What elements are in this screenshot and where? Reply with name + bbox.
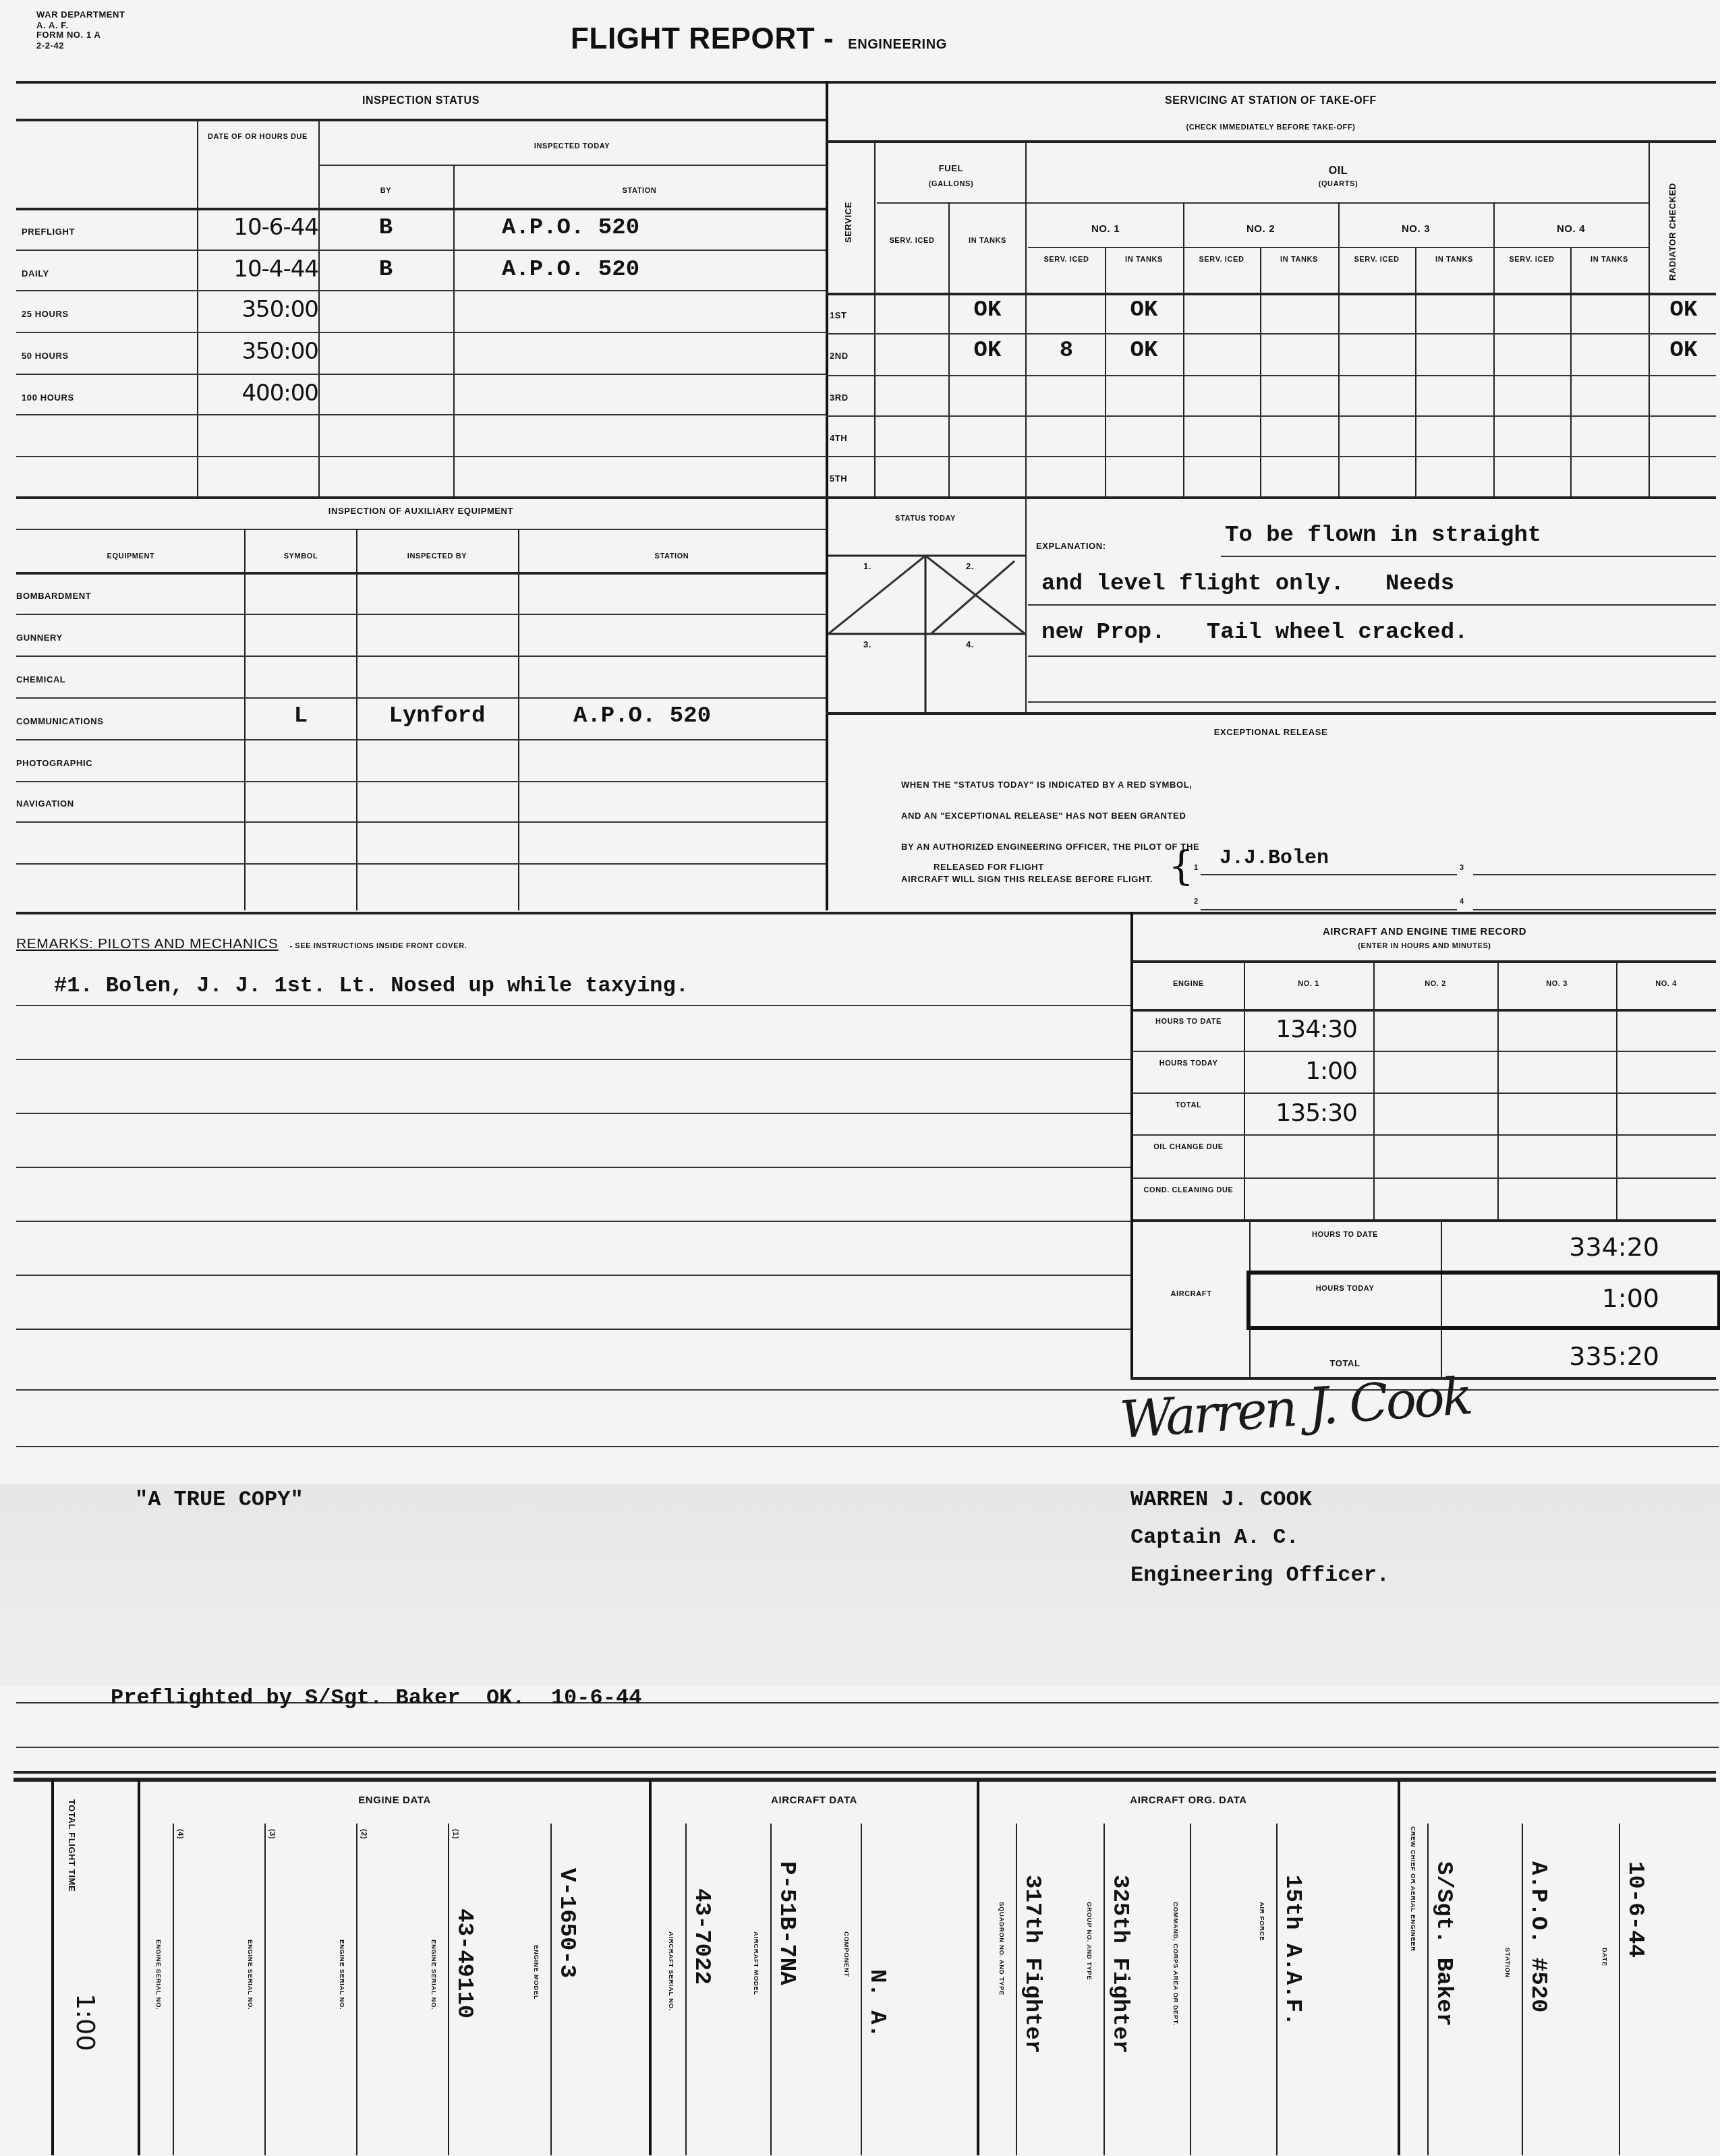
col-station: STATION (453, 187, 826, 196)
engine-field-value[interactable]: 43-49110 (451, 1909, 476, 2018)
remarks-title: REMARKS: PILOTS AND MECHANICS (16, 936, 278, 952)
equipment-symbol[interactable]: L (246, 704, 356, 730)
form-id-line: A. A. F. (36, 21, 125, 31)
row-divider (1133, 1051, 1716, 1052)
servicing-title: SERVICING AT STATION OF TAKE-OFF (826, 94, 1716, 107)
status-today-label: STATUS TODAY (828, 515, 1023, 525)
engine-field-label: ENGINE MODEL (532, 1945, 538, 2000)
engine-column-header: NO. 1 (1244, 981, 1373, 989)
aux-equipment-title: INSPECTION OF AUXILIARY EQUIPMENT (16, 507, 826, 517)
field-rule (1427, 1824, 1429, 2155)
aircraft-hours-to-date[interactable]: 334:20 (1443, 1233, 1659, 1262)
explanation-line-3: new Prop. Tail wheel cracked. (1041, 620, 1468, 646)
fuel-unit: (GALLONS) (877, 181, 1025, 189)
engine-field-label: ENGINE SERIAL NO. (246, 1940, 252, 2010)
total-flight-time[interactable]: 1:00 (70, 1993, 100, 2051)
field-rule (685, 1824, 687, 2155)
inspection-due-value[interactable]: 10-4-44 (192, 256, 318, 283)
engine-field-label: ENGINE SERIAL NO. (154, 1940, 161, 2010)
aircraft-hours-to-date-label: HOURS TO DATE (1249, 1231, 1441, 1241)
explanation-line-2: and level flight only. Needs (1041, 572, 1454, 598)
row-divider (16, 863, 826, 865)
aircraft-data-title: AIRCRAFT DATA (652, 1794, 977, 1806)
servicing-cell-radiator[interactable]: OK (1651, 339, 1716, 364)
inspection-due-value[interactable]: 10-6-44 (192, 214, 318, 241)
org-field-label: GROUP NO. AND TYPE (1085, 1902, 1091, 1980)
status-quadrant-3: 3. (863, 641, 871, 650)
equipment-label: BOMBARDMENT (16, 592, 91, 602)
inspection-row-label: 25 HOURS (22, 310, 69, 320)
ruled-line (16, 1059, 1130, 1060)
row-divider (1133, 1134, 1716, 1136)
row-divider (826, 415, 1716, 417)
inspection-by-value[interactable]: B (318, 216, 453, 241)
sig-num-2: 2 (1194, 898, 1199, 906)
inspection-row-label: PREFLIGHT (22, 228, 75, 237)
inspection-station-value[interactable]: A.P.O. 520 (502, 258, 639, 283)
equipment-label: COMMUNICATIONS (16, 718, 104, 727)
org-field-label: COMMAND, CORPS AREA OR DEPT. (1171, 1902, 1178, 2025)
inspection-due-value[interactable]: 400:00 (192, 380, 318, 407)
oil-serviced-label: SERV. ICED (1493, 256, 1570, 266)
oil-serviced-label: SERV. ICED (1183, 256, 1260, 266)
exceptional-release-title: EXCEPTIONAL RELEASE (826, 728, 1716, 738)
ruled-line (16, 1275, 1130, 1276)
aircraft-field-label: AIRCRAFT MODEL (751, 1931, 758, 1995)
remarks-instruction: - SEE INSTRUCTIONS INSIDE FRONT COVER. (289, 943, 467, 951)
form-id-line: 2-2-42 (36, 41, 125, 51)
sig-num-1: 1 (1194, 865, 1199, 873)
ruled-line (16, 1113, 1130, 1114)
field-rule (1522, 1824, 1523, 2155)
row-divider (16, 290, 826, 291)
form-id-block: WAR DEPARTMENT A. A. F. FORM NO. 1 A 2-2… (36, 11, 125, 51)
servicing-cell-oil1-serv[interactable]: 8 (1028, 339, 1105, 364)
row-divider (16, 456, 826, 457)
field-rule (264, 1824, 266, 2155)
row-divider (826, 375, 1716, 376)
col-symbol: SYMBOL (246, 553, 356, 561)
org-field-label: SQUADRON NO. AND TYPE (997, 1902, 1004, 1995)
engine-position-number: (3) (267, 1829, 275, 1839)
engine-column-header: NO. 2 (1373, 981, 1497, 989)
oil-label: OIL (1028, 165, 1649, 177)
aircraft-field-label: AIRCRAFT SERIAL NO. (666, 1931, 673, 2011)
release-text-line: AND AN "EXCEPTIONAL RELEASE" HAS NOT BEE… (901, 812, 1199, 823)
service-row-label: 4TH (830, 434, 847, 444)
engine-field-label: ENGINE SERIAL NO. (337, 1940, 344, 2010)
oil-serviced-label: SERV. ICED (1028, 256, 1105, 266)
servicing-subtitle: (CHECK IMMEDIATELY BEFORE TAKE-OFF) (826, 124, 1716, 132)
org-data-title: AIRCRAFT ORG. DATA (979, 1794, 1398, 1806)
ruled-line (16, 1167, 1130, 1168)
ruled-line (16, 1747, 1719, 1748)
row-divider (16, 414, 826, 415)
col-aux-station: STATION (518, 553, 826, 561)
status-quadrant-2: 2. (966, 562, 974, 572)
field-rule (1016, 1824, 1017, 2155)
row-divider (16, 614, 826, 615)
radiator-checked-label: RADIATOR CHECKED (1667, 159, 1680, 281)
row-divider (826, 333, 1716, 334)
servicing-cell-oil1-tanks[interactable]: OK (1105, 339, 1183, 364)
row-divider (16, 655, 826, 657)
form-id-line: FORM NO. 1 A (36, 31, 125, 41)
engine-position-number: (1) (451, 1829, 459, 1839)
status-today-grid (826, 553, 1028, 712)
org-field-label: AIR FORCE (1257, 1902, 1264, 1941)
ruled-line (16, 1005, 1130, 1006)
oil-engine-header: NO. 2 (1183, 223, 1338, 235)
sig-num-4: 4 (1460, 898, 1464, 906)
row-divider (16, 739, 826, 740)
divider (16, 81, 1716, 84)
engine-position-number: (4) (175, 1829, 183, 1839)
equipment-label: PHOTOGRAPHIC (16, 759, 92, 769)
service-row-label: 5TH (830, 475, 847, 484)
equipment-label: GUNNERY (16, 634, 63, 643)
service-label: SERVICE (844, 162, 854, 243)
time-row-label: HOURS TO DATE (1133, 1018, 1244, 1028)
servicing-cell-fuel-tanks[interactable]: OK (950, 339, 1025, 364)
service-row-label: 1ST (830, 312, 847, 321)
crew-field-value[interactable]: A.P.O. #520 (1524, 1861, 1550, 2012)
engine-position-number: (2) (359, 1829, 367, 1839)
time-row-label: TOTAL (1133, 1102, 1244, 1111)
remarks-header: REMARKS: PILOTS AND MECHANICS - SEE INST… (16, 931, 467, 955)
field-rule (770, 1824, 772, 2155)
field-rule (448, 1824, 449, 2155)
release-text-line: WHEN THE "STATUS TODAY" IS INDICATED BY … (901, 780, 1199, 791)
time-record-subtitle: (ENTER IN HOURS AND MINUTES) (1133, 943, 1716, 951)
aircraft-field-value[interactable]: N. A. (863, 1969, 889, 2038)
signer-title: Engineering Officer. (1130, 1563, 1389, 1587)
engine-time-value[interactable]: 134:30 (1244, 1016, 1357, 1044)
crew-field-label: DATE (1600, 1948, 1607, 1966)
service-row-label: 2ND (830, 352, 849, 361)
release-text-line: AIRCRAFT WILL SIGN THIS RELEASE BEFORE F… (901, 875, 1199, 886)
oil-engine-header: NO. 3 (1338, 223, 1493, 235)
field-rule (1103, 1824, 1105, 2155)
aircraft-total-label: TOTAL (1249, 1360, 1441, 1369)
servicing-cell-fuel-tanks[interactable]: OK (950, 298, 1025, 324)
field-rule (1619, 1824, 1620, 2155)
equipment-label: CHEMICAL (16, 676, 65, 685)
brace-icon: { (1168, 847, 1194, 887)
oil-unit: (QUARTS) (1028, 181, 1649, 189)
signer-rank: Captain A. C. (1130, 1525, 1299, 1550)
col-equipment: EQUIPMENT (16, 553, 246, 561)
col-date-due: DATE OF OR HOURS DUE (200, 134, 316, 143)
total-flight-time-label: TOTAL FLIGHT TIME (65, 1799, 76, 1894)
row-divider (16, 821, 826, 823)
fuel-in-tanks-label: IN TANKS (950, 237, 1025, 247)
service-row-label: 3RD (830, 394, 849, 403)
row-divider (1133, 1177, 1716, 1179)
crew-field-value[interactable]: 10-6-44 (1622, 1861, 1647, 1958)
col-divider (1260, 247, 1261, 498)
inspection-row-label: 100 HOURS (22, 394, 74, 403)
inspection-status-title: INSPECTION STATUS (16, 94, 826, 107)
explanation-line-1: To be flown in straight (1225, 523, 1541, 549)
released-for-flight-label: RELEASED FOR FLIGHT (901, 863, 1077, 874)
signer-name: WARREN J. COOK (1130, 1488, 1312, 1512)
row-divider (16, 697, 826, 699)
aircraft-hours-today[interactable]: 1:00 (1443, 1284, 1659, 1314)
oil-engine-header: NO. 4 (1493, 223, 1649, 235)
field-rule (173, 1824, 174, 2155)
inspection-due-value[interactable]: 350:00 (192, 297, 318, 324)
engine-col-label: ENGINE (1133, 981, 1244, 989)
release-signature-1[interactable]: J.J.Bolen (1220, 847, 1329, 870)
release-text-line: BY AN AUTHORIZED ENGINEERING OFFICER, TH… (901, 844, 1199, 854)
ruled-line (16, 1329, 1130, 1330)
remark-line-1[interactable]: #1. Bolen, J. J. 1st. Lt. Nosed up while… (54, 974, 689, 998)
col-by: BY (318, 187, 453, 196)
ruled-line (16, 1446, 1719, 1447)
crew-field-label: CREW CHIEF OR AERIAL ENGINEER (1408, 1826, 1415, 1952)
col-divider (1415, 247, 1416, 498)
engine-time-value[interactable]: 135:30 (1244, 1099, 1357, 1128)
equipment-label: NAVIGATION (16, 800, 74, 809)
sig-num-3: 3 (1460, 865, 1464, 873)
field-rule (356, 1824, 357, 2155)
explanation-label: EXPLANATION: (1036, 542, 1106, 552)
engine-field-label: ENGINE SERIAL NO. (429, 1940, 436, 2010)
aircraft-field-label: COMPONENT (842, 1931, 849, 1977)
form-id-line: WAR DEPARTMENT (36, 11, 125, 21)
page-title: FLIGHT REPORT - (571, 22, 834, 55)
field-rule (1276, 1824, 1278, 2155)
inspection-by-value[interactable]: B (318, 258, 453, 283)
time-row-label: OIL CHANGE DUE (1133, 1144, 1244, 1153)
page-title-block: FLIGHT REPORT - ENGINEERING (571, 22, 947, 57)
field-rule (550, 1824, 552, 2155)
servicing-cell-oil1-tanks[interactable]: OK (1105, 298, 1183, 324)
crew-field-value[interactable]: S/Sgt. Baker (1430, 1861, 1456, 2027)
engine-column-header: NO. 4 (1616, 981, 1716, 989)
engine-column-header: NO. 3 (1497, 981, 1616, 989)
time-row-label: COND. CLEANING DUE (1133, 1187, 1244, 1196)
servicing-cell-radiator[interactable]: OK (1651, 298, 1716, 324)
oil-in-tanks-label: IN TANKS (1570, 256, 1649, 266)
status-quadrant-1: 1. (863, 562, 871, 572)
fuel-serviced-label: SERV. ICED (877, 237, 947, 247)
org-field-value[interactable]: 325th Fighter (1106, 1875, 1132, 2053)
oil-serviced-label: SERV. ICED (1338, 256, 1415, 266)
aircraft-label: AIRCRAFT (1133, 1291, 1249, 1299)
oil-in-tanks-label: IN TANKS (1260, 256, 1338, 266)
row-divider (16, 374, 826, 375)
field-rule (861, 1824, 862, 2155)
oil-engine-header: NO. 1 (1028, 223, 1183, 235)
time-row-label: HOURS TODAY (1133, 1060, 1244, 1070)
aircraft-field-value[interactable]: 43-7022 (688, 1888, 714, 1985)
aircraft-total[interactable]: 335:20 (1443, 1342, 1659, 1372)
field-rule (1190, 1824, 1191, 2155)
preflight-note[interactable]: Preflighted by S/Sgt. Baker OK. 10-6-44 (111, 1686, 641, 1710)
col-divider (1105, 247, 1106, 498)
time-record-title: AIRCRAFT AND ENGINE TIME RECORD (1133, 925, 1716, 937)
col-inspected-today: INSPECTED TODAY (318, 143, 826, 151)
inspection-due-value[interactable]: 350:00 (192, 339, 318, 366)
equipment-inspected-by[interactable]: Lynford (356, 704, 518, 730)
org-field-value[interactable]: 15th A.A.F. (1279, 1875, 1305, 2026)
inspection-row-label: DAILY (22, 270, 49, 279)
inspection-row-label: 50 HOURS (22, 352, 69, 361)
fuel-label: FUEL (877, 165, 1025, 174)
oil-in-tanks-label: IN TANKS (1105, 256, 1183, 266)
org-field-value[interactable]: 317th Fighter (1019, 1875, 1044, 2053)
page-subtitle: ENGINEERING (848, 38, 947, 53)
row-divider (1133, 1092, 1716, 1094)
col-divider (1570, 247, 1572, 498)
engine-data-title: ENGINE DATA (140, 1794, 649, 1806)
inspection-station-value[interactable]: A.P.O. 520 (502, 216, 639, 241)
engine-field-value[interactable]: V-1650-3 (553, 1868, 579, 1978)
scan-shading (0, 1484, 1720, 1686)
oil-in-tanks-label: IN TANKS (1415, 256, 1493, 266)
row-divider (16, 781, 826, 782)
aircraft-field-value[interactable]: P-51B-7NA (773, 1861, 799, 1985)
equipment-station[interactable]: A.P.O. 520 (573, 704, 711, 730)
row-divider (826, 456, 1716, 457)
exceptional-release-text: WHEN THE "STATUS TODAY" IS INDICATED BY … (901, 759, 1199, 906)
engine-time-value[interactable]: 1:00 (1244, 1057, 1357, 1086)
flight-report-form: WAR DEPARTMENT A. A. F. FORM NO. 1 A 2-2… (0, 0, 1720, 2156)
true-copy-label: "A TRUE COPY" (135, 1488, 304, 1512)
crew-field-label: STATION (1503, 1948, 1510, 1978)
ruled-line (16, 1221, 1130, 1222)
row-divider (16, 332, 826, 333)
status-quadrant-4: 4. (966, 641, 974, 650)
aircraft-hours-today-label: HOURS TODAY (1249, 1285, 1441, 1295)
col-inspected-by: INSPECTED BY (356, 553, 518, 561)
row-divider (16, 250, 826, 251)
